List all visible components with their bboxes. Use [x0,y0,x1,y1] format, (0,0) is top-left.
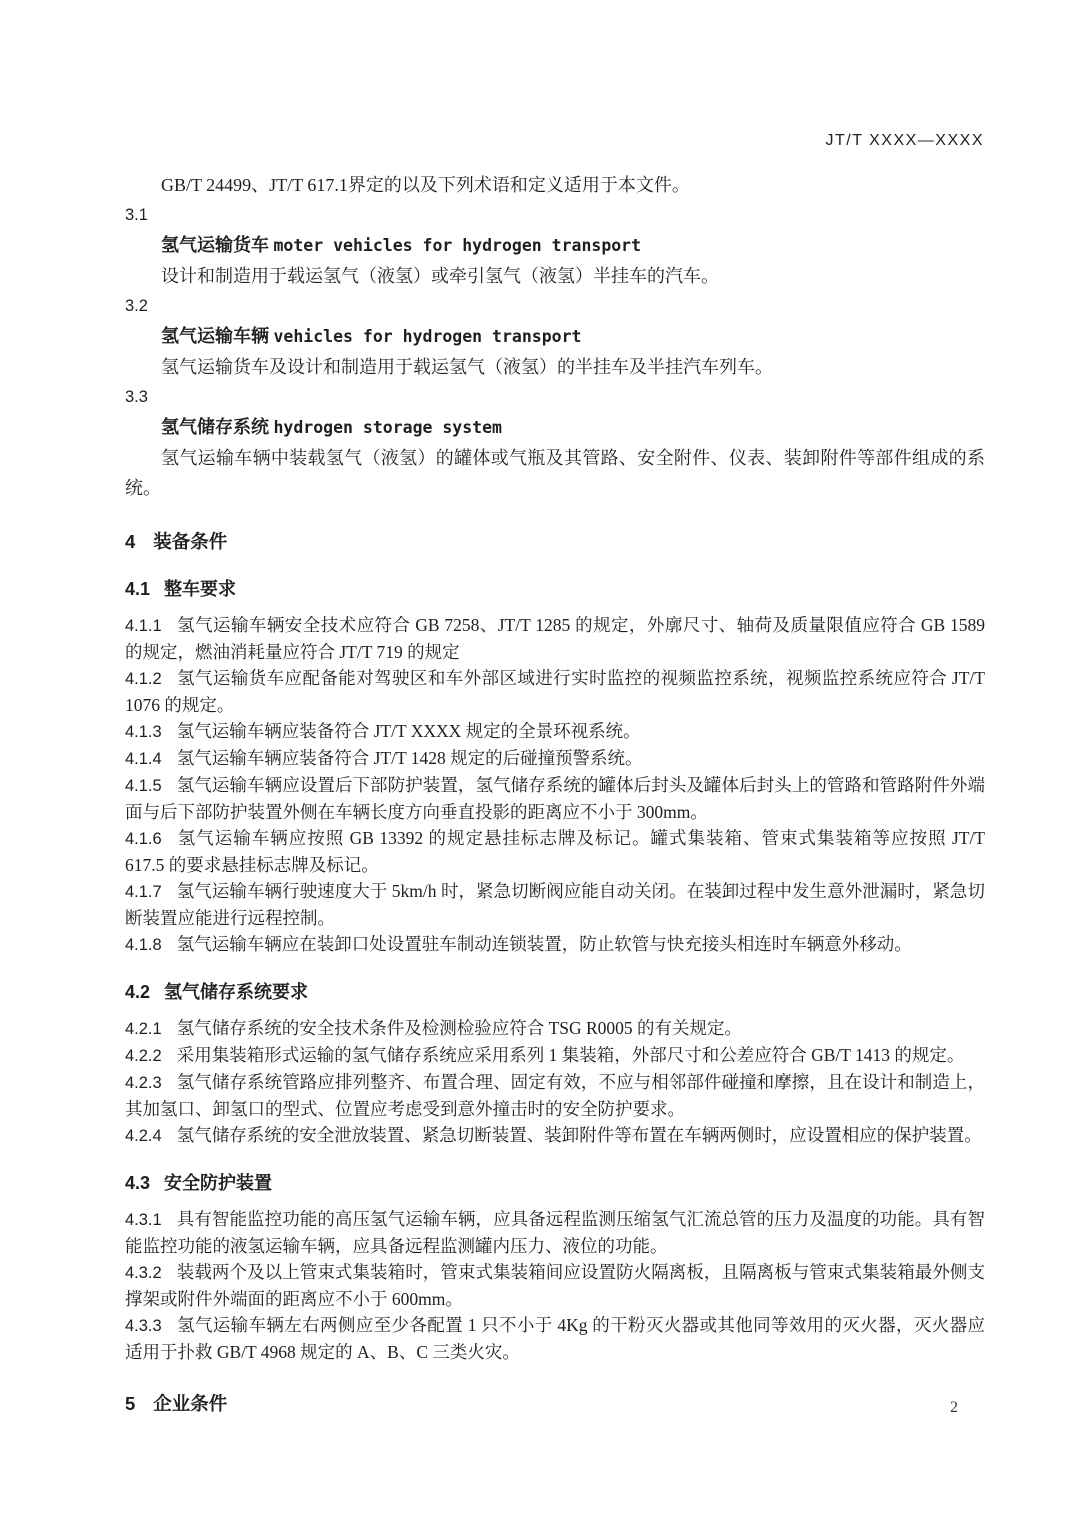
clause-4-1-4: 4.1.4氢气运输车辆应装备符合 JT/T 1428 规定的后碰撞预警系统。 [125,745,985,772]
chapter-5-number: 5 [125,1393,135,1414]
term-number-3-2: 3.2 [125,291,985,321]
document-page: { "header": { "doc_code": "JT/T XXXX—XXX… [0,0,1080,1528]
clause-4-1-1-number: 4.1.1 [125,617,162,635]
term-title-3-3: 氢气储存系统 hydrogen storage system [125,412,985,443]
term-definition-3-2: 氢气运输货车及设计和制造用于载运氢气（液氢）的半挂车及半挂汽车列车。 [125,352,985,382]
section-4-3-heading: 4.3安全防护装置 [125,1170,985,1196]
chapter-5-heading: 5企业条件 [125,1391,985,1417]
clause-4-2-2-number: 4.2.2 [125,1047,162,1065]
chapter-4-number: 4 [125,531,135,552]
clause-4-3-3-number: 4.3.3 [125,1317,162,1335]
clause-4-1-7: 4.1.7氢气运输车辆行驶速度大于 5km/h 时，紧急切断阀应能自动关闭。在装… [125,878,985,931]
clause-4-2-4: 4.2.4氢气储存系统的安全泄放装置、紧急切断装置、装卸附件等布置在车辆两侧时，… [125,1122,985,1149]
clause-4-1-8-number: 4.1.8 [125,936,162,954]
clause-4-2-2: 4.2.2采用集装箱形式运输的氢气储存系统应采用系列 1 集装箱，外部尺寸和公差… [125,1042,985,1069]
clause-4-1-2-number: 4.1.2 [125,670,162,688]
term-definition-3-1: 设计和制造用于载运氢气（液氢）或牵引氢气（液氢）半挂车的汽车。 [125,261,985,291]
term-title-3-1: 氢气运输货车 moter vehicles for hydrogen trans… [125,230,985,261]
section-4-1-number: 4.1 [125,579,150,599]
clause-4-3-3: 4.3.3氢气运输车辆左右两侧应至少各配置 1 只不小于 4Kg 的干粉灭火器或… [125,1312,985,1365]
clause-4-1-7-number: 4.1.7 [125,883,162,901]
clause-4-1-1: 4.1.1氢气运输车辆安全技术应符合 GB 7258、JT/T 1285 的规定… [125,612,985,665]
clause-4-2-4-text: 氢气储存系统的安全泄放装置、紧急切断装置、装卸附件等布置在车辆两侧时，应设置相应… [177,1125,982,1145]
clause-4-1-2-text: 氢气运输货车应配备能对驾驶区和车外部区域进行实时监控的视频监控系统，视频监控系统… [125,668,985,715]
term-zh-3-2: 氢气运输车辆 [161,326,269,346]
clause-4-1-6: 4.1.6氢气运输车辆应按照 GB 13392 的规定悬挂标志牌及标记。罐式集装… [125,825,985,878]
clause-4-1-5: 4.1.5氢气运输车辆应设置后下部防护装置，氢气储存系统的罐体后封头及罐体后封头… [125,772,985,825]
clause-4-1-5-number: 4.1.5 [125,777,162,795]
clause-4-1-6-text: 氢气运输车辆应按照 GB 13392 的规定悬挂标志牌及标记。罐式集装箱、管束式… [125,828,985,875]
clause-4-1-4-number: 4.1.4 [125,750,162,768]
chapter-4-heading: 4装备条件 [125,529,985,555]
term-number-3-1: 3.1 [125,200,985,230]
section-4-2-number: 4.2 [125,982,150,1002]
clause-4-1-3-number: 4.1.3 [125,723,162,741]
clause-4-1-6-number: 4.1.6 [125,830,162,848]
term-zh-3-3: 氢气储存系统 [161,417,269,437]
clause-4-3-3-text: 氢气运输车辆左右两侧应至少各配置 1 只不小于 4Kg 的干粉灭火器或其他同等效… [125,1315,985,1362]
chapter-5-title: 企业条件 [153,1393,227,1414]
terms-intro-paragraph: GB/T 24499、JT/T 617.1界定的以及下列术语和定义适用于本文件。 [125,170,985,200]
page-content: GB/T 24499、JT/T 617.1界定的以及下列术语和定义适用于本文件。… [125,170,985,1417]
clause-4-2-3: 4.2.3氢气储存系统管路应排列整齐、布置合理、固定有效，不应与相邻部件碰撞和摩… [125,1069,985,1122]
clause-4-1-2: 4.1.2氢气运输货车应配备能对驾驶区和车外部区域进行实时监控的视频监控系统，视… [125,665,985,718]
clause-4-2-1-text: 氢气储存系统的安全技术条件及检测检验应符合 TSG R0005 的有关规定。 [177,1018,742,1038]
clause-4-2-1: 4.2.1氢气储存系统的安全技术条件及检测检验应符合 TSG R0005 的有关… [125,1015,985,1042]
clause-4-3-1-text: 具有智能监控功能的高压氢气运输车辆，应具备远程监测压缩氢气汇流总管的压力及温度的… [125,1209,985,1256]
term-title-3-2: 氢气运输车辆 vehicles for hydrogen transport [125,321,985,352]
clause-4-1-4-text: 氢气运输车辆应装备符合 JT/T 1428 规定的后碰撞预警系统。 [177,748,643,768]
section-4-2-heading: 4.2氢气储存系统要求 [125,979,985,1005]
document-code-header: JT/T XXXX—XXXX [825,132,984,150]
term-en-3-3: hydrogen storage system [274,418,502,437]
clause-4-1-1-text: 氢气运输车辆安全技术应符合 GB 7258、JT/T 1285 的规定，外廓尺寸… [125,615,985,662]
clause-4-2-3-text: 氢气储存系统管路应排列整齐、布置合理、固定有效，不应与相邻部件碰撞和摩擦，且在设… [125,1072,985,1119]
clause-4-3-2-number: 4.3.2 [125,1264,162,1282]
term-en-3-2: vehicles for hydrogen transport [274,327,582,346]
term-zh-3-1: 氢气运输货车 [161,235,269,255]
clause-4-1-7-text: 氢气运输车辆行驶速度大于 5km/h 时，紧急切断阀应能自动关闭。在装卸过程中发… [125,881,985,928]
term-definition-3-3: 氢气运输车辆中装载氢气（液氢）的罐体或气瓶及其管路、安全附件、仪表、装卸附件等部… [125,443,985,503]
section-4-2-title: 氢气储存系统要求 [164,982,308,1002]
term-number-3-3: 3.3 [125,382,985,412]
clause-4-1-8-text: 氢气运输车辆应在装卸口处设置驻车制动连锁装置，防止软管与快充接头相连时车辆意外移… [177,934,912,954]
clause-4-3-2: 4.3.2装载两个及以上管束式集装箱时，管束式集装箱间应设置防火隔离板，且隔离板… [125,1259,985,1312]
section-4-3-title: 安全防护装置 [164,1173,272,1193]
clause-4-2-4-number: 4.2.4 [125,1127,162,1145]
clause-4-1-5-text: 氢气运输车辆应设置后下部防护装置，氢气储存系统的罐体后封头及罐体后封头上的管路和… [125,775,985,822]
page-number: 2 [950,1399,958,1417]
clause-4-1-3-text: 氢气运输车辆应装备符合 JT/T XXXX 规定的全景环视系统。 [177,721,641,741]
section-4-3-number: 4.3 [125,1173,150,1193]
section-4-1-heading: 4.1整车要求 [125,576,985,602]
clause-4-3-1-number: 4.3.1 [125,1211,162,1229]
section-4-1-title: 整车要求 [164,579,236,599]
chapter-4-title: 装备条件 [153,531,227,552]
clause-4-2-1-number: 4.2.1 [125,1020,162,1038]
clause-4-2-3-number: 4.2.3 [125,1074,162,1092]
clause-4-3-1: 4.3.1具有智能监控功能的高压氢气运输车辆，应具备远程监测压缩氢气汇流总管的压… [125,1206,985,1259]
clause-4-1-3: 4.1.3氢气运输车辆应装备符合 JT/T XXXX 规定的全景环视系统。 [125,718,985,745]
clause-4-1-8: 4.1.8氢气运输车辆应在装卸口处设置驻车制动连锁装置，防止软管与快充接头相连时… [125,931,985,958]
clause-4-3-2-text: 装载两个及以上管束式集装箱时，管束式集装箱间应设置防火隔离板，且隔离板与管束式集… [125,1262,985,1309]
term-en-3-1: moter vehicles for hydrogen transport [274,236,642,255]
clause-4-2-2-text: 采用集装箱形式运输的氢气储存系统应采用系列 1 集装箱，外部尺寸和公差应符合 G… [177,1045,965,1065]
